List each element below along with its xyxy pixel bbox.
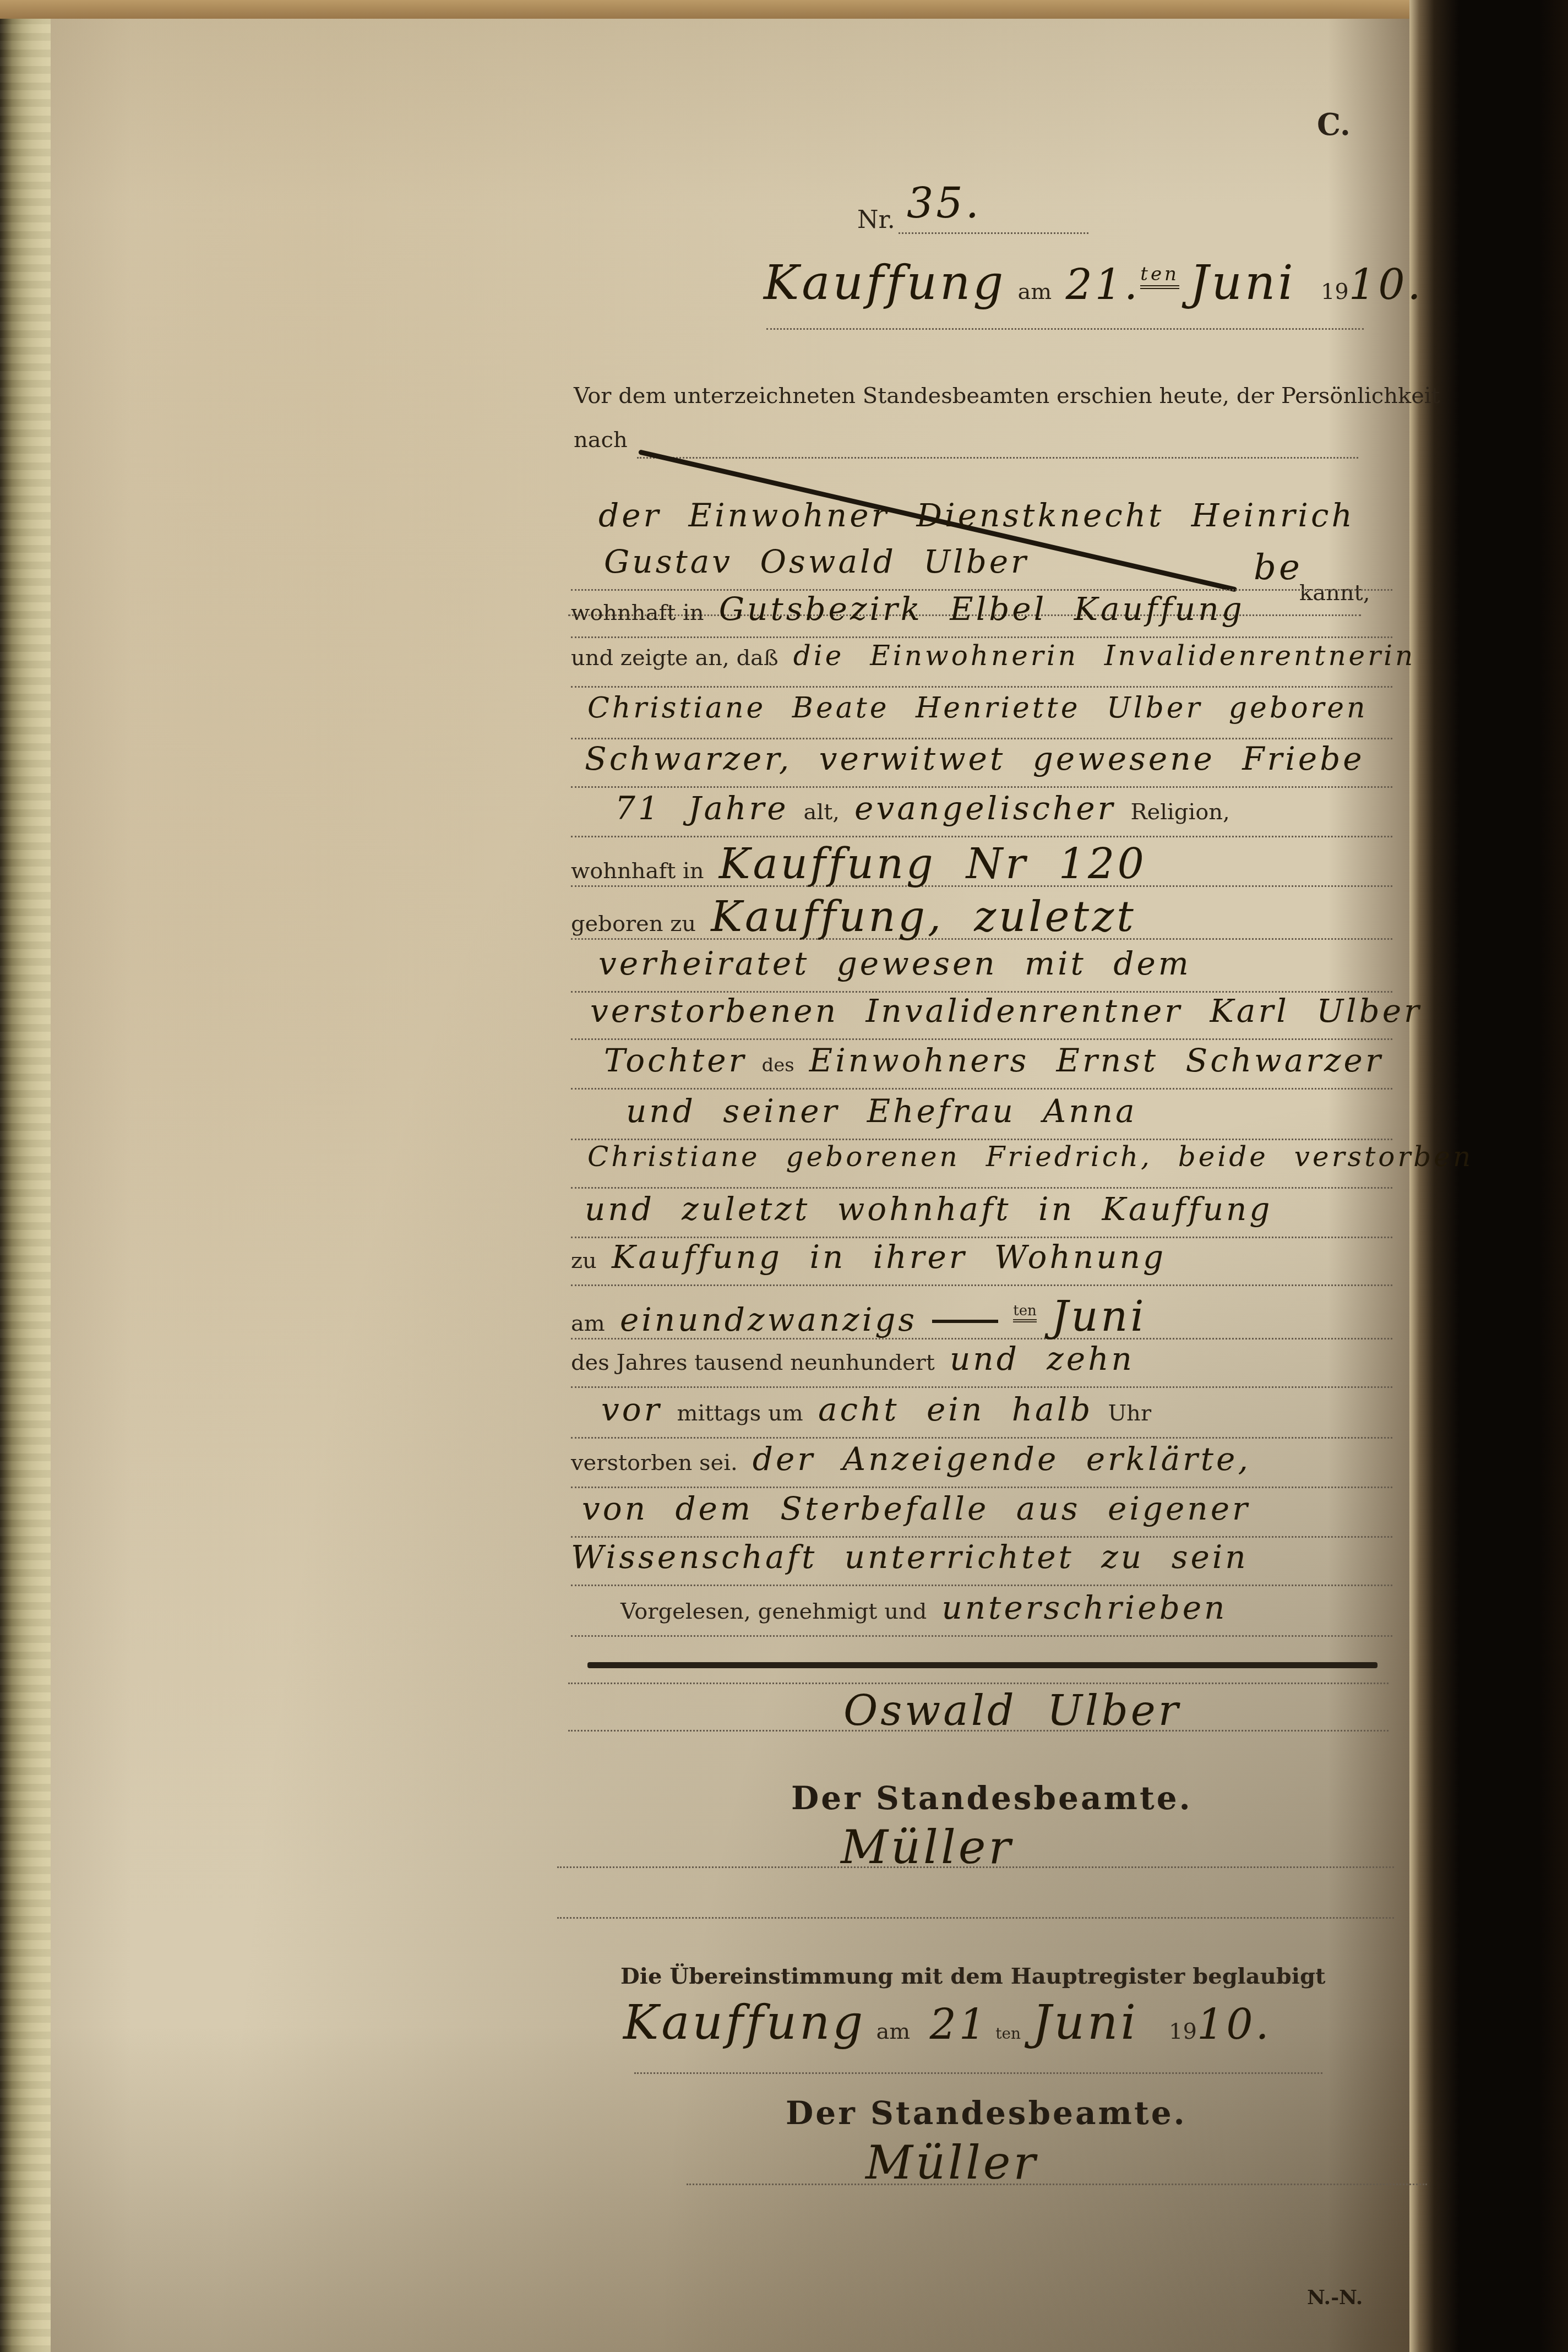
declarant-signature: Oswald Ulber: [843, 1686, 1181, 1735]
hand-text: Einwohners Ernst Schwarzer: [809, 1042, 1384, 1079]
print-label: Religion,: [1130, 799, 1229, 825]
record-line: und zeigte an, daß die Einwohnerin Inval…: [571, 640, 1392, 688]
am-label: am: [1018, 279, 1052, 304]
certification-place: Kauffung: [623, 1995, 865, 2050]
nach-label: nach: [574, 427, 628, 453]
hand-text: Christiane geborenen Friedrich, beide ve…: [587, 1141, 1473, 1173]
place-handwritten: Kauffung: [764, 255, 1006, 311]
printer-mark: N.-N.: [1307, 2286, 1363, 2309]
certification-month: Juni: [1032, 1995, 1139, 2050]
hand-text: Kauffung Nr 120: [719, 839, 1147, 888]
form-section-letter: C.: [1317, 107, 1351, 142]
hand-text: Tochter: [604, 1042, 747, 1079]
record-number-value: 35.: [907, 178, 982, 227]
print-label: Uhr: [1108, 1401, 1151, 1426]
print-label: Vorgelesen, genehmigt und: [620, 1599, 927, 1624]
hand-text: Gustav Oswald Ulber: [604, 543, 1029, 580]
record-line: verstorben sei. der Anzeigende erklärte,: [571, 1440, 1392, 1488]
year-printed: 19: [1321, 279, 1349, 304]
place-date-rule: [766, 328, 1364, 330]
print-label: am: [571, 1311, 605, 1336]
day-ordinal-handwritten: ten: [1140, 263, 1179, 289]
record-line: vor mittags um acht ein halb Uhr: [571, 1391, 1392, 1439]
hand-text: der Anzeigende erklärte,: [753, 1440, 1251, 1478]
intro-printed-line: Vor dem unterzeichneten Standesbeamten e…: [574, 383, 1440, 409]
hand-text: evangelischer: [854, 790, 1115, 827]
print-label: und zeigte an, daß: [571, 645, 778, 671]
hand-text: verheiratet gewesen mit dem: [598, 945, 1191, 982]
hand-text: die Einwohnerin Invalidenrentnerin: [793, 640, 1416, 672]
print-label: des Jahres tausend neunhundert: [571, 1350, 935, 1375]
record-line: und zuletzt wohnhaft in Kauffung: [571, 1190, 1392, 1238]
record-line: und seiner Ehefrau Anna: [571, 1092, 1392, 1140]
record-line: Christiane geborenen Friedrich, beide ve…: [571, 1141, 1392, 1189]
record-line: am einundzwanzigs ten Juni: [571, 1292, 1392, 1340]
hand-text: unterschrieben: [941, 1589, 1227, 1626]
hand-text: der Einwohner Dienstknecht Heinrich: [598, 497, 1355, 534]
certification-heading: Die Übereinstimmung mit dem Hauptregiste…: [620, 1963, 1325, 1989]
record-line: Wissenschaft unterrichtet zu sein: [571, 1538, 1392, 1586]
month-handwritten: Juni: [1190, 255, 1296, 311]
record-line: Gustav Oswald Ulber: [571, 543, 1392, 591]
hand-text: vor: [601, 1391, 662, 1428]
record-line: 71 Jahre alt, evangelischer Religion,: [571, 790, 1392, 837]
hand-text: und zuletzt wohnhaft in Kauffung: [585, 1190, 1272, 1228]
hand-text: Kauffung in ihrer Wohnung: [612, 1238, 1166, 1276]
hand-text: Kauffung, zuletzt: [711, 892, 1136, 941]
hand-text: und seiner Ehefrau Anna: [626, 1092, 1137, 1130]
record-line: Christiane Beate Henriette Ulber geboren: [571, 692, 1392, 739]
signature-rule: [568, 1683, 1389, 1684]
record-line: geboren zu Kauffung, zuletzt: [571, 892, 1392, 940]
hand-text: Wissenschaft unterrichtet zu sein: [571, 1538, 1249, 1576]
record-line: der Einwohner Dienstknecht Heinrich: [571, 497, 1392, 543]
registrar-heading: Der Standesbeamte.: [791, 1779, 1193, 1817]
record-line: wohnhaft in Gutsbezirk Elbel Kauffung: [571, 590, 1392, 638]
record-line: wohnhaft in Kauffung Nr 120: [571, 839, 1392, 887]
record-line: von dem Sterbefalle aus eigener: [571, 1490, 1392, 1538]
hand-text: und zehn: [950, 1340, 1135, 1378]
print-label: mittags um: [677, 1401, 803, 1426]
certification-date-rule: [634, 2072, 1322, 2074]
spare-rule: [557, 1917, 1394, 1919]
record-line: verstorbenen Invalidenrentner Karl Ulber: [571, 992, 1392, 1040]
certification-registrar-signature: Müller: [865, 2136, 1038, 2190]
signature-rule: [568, 1730, 1389, 1732]
hand-text: Christiane Beate Henriette Ulber geboren: [587, 692, 1368, 725]
place-date-line: Kauffung am 21.ten Juni 1910.: [764, 255, 1424, 311]
print-label: alt,: [804, 799, 840, 825]
photo-of-register-page: { "page": { "corner_letter": "C.", "prin…: [0, 0, 1568, 2352]
day-handwritten: 21.: [1065, 260, 1140, 309]
hand-text: Juni: [1052, 1292, 1147, 1341]
certification-am-label: am: [876, 2019, 911, 2044]
record-line: zu Kauffung in ihrer Wohnung: [571, 1238, 1392, 1286]
book-page-edges: [0, 0, 51, 2352]
hand-text: Schwarzer, verwitwet gewesene Friebe: [585, 740, 1365, 777]
record-number-label: Nr.: [857, 206, 895, 234]
record-line: Vorgelesen, genehmigt und unterschrieben: [571, 1589, 1392, 1637]
certification-signature-rule: [687, 2184, 1427, 2185]
certification-day-ordinal: ten: [995, 2024, 1021, 2043]
table-surface: [0, 0, 1426, 19]
year-handwritten: 10.: [1349, 260, 1424, 309]
nach-rule: [637, 457, 1358, 459]
record-line: verheiratet gewesen mit dem: [571, 945, 1392, 993]
print-label: wohnhaft in: [571, 600, 704, 625]
certification-year-printed: 19: [1169, 2019, 1197, 2044]
certification-place-date-line: Kauffung am 21 ten Juni 1910.: [623, 1995, 1272, 2050]
record-number-rule: [899, 232, 1088, 234]
print-label: zu: [571, 1248, 597, 1273]
record-line: des Jahres tausend neunhundert und zehn: [571, 1340, 1392, 1388]
registrar-signature-rule: [557, 1866, 1394, 1868]
death-register-form-page: C. Nr. 35. Kauffung am 21.ten Juni 1910.…: [51, 19, 1409, 2352]
certification-day: 21: [929, 2000, 988, 2049]
ordinal-printed: ten: [1013, 1303, 1037, 1322]
hand-text: verstorbenen Invalidenrentner Karl Ulber: [590, 992, 1422, 1030]
print-label: des: [761, 1054, 794, 1076]
print-label: wohnhaft in: [571, 858, 704, 884]
hand-text: 71 Jahre: [615, 790, 788, 827]
print-label: verstorben sei.: [571, 1450, 738, 1476]
record-line: Schwarzer, verwitwet gewesene Friebe: [571, 740, 1392, 788]
hand-text: einundzwanzigs: [620, 1301, 917, 1338]
certification-registrar-heading: Der Standesbeamte.: [786, 2094, 1187, 2132]
closing-rule: [587, 1662, 1378, 1668]
book-cover-background: [1409, 0, 1568, 2352]
hand-text: Gutsbezirk Elbel Kauffung: [719, 590, 1245, 628]
print-label: geboren zu: [571, 911, 696, 937]
hand-text: acht ein halb: [818, 1391, 1093, 1428]
record-line: Tochter des Einwohners Ernst Schwarzer: [571, 1042, 1392, 1090]
certification-year-handwritten: 10.: [1197, 2000, 1272, 2049]
filler-dash: [932, 1320, 998, 1323]
hand-text: von dem Sterbefalle aus eigener: [582, 1490, 1250, 1527]
